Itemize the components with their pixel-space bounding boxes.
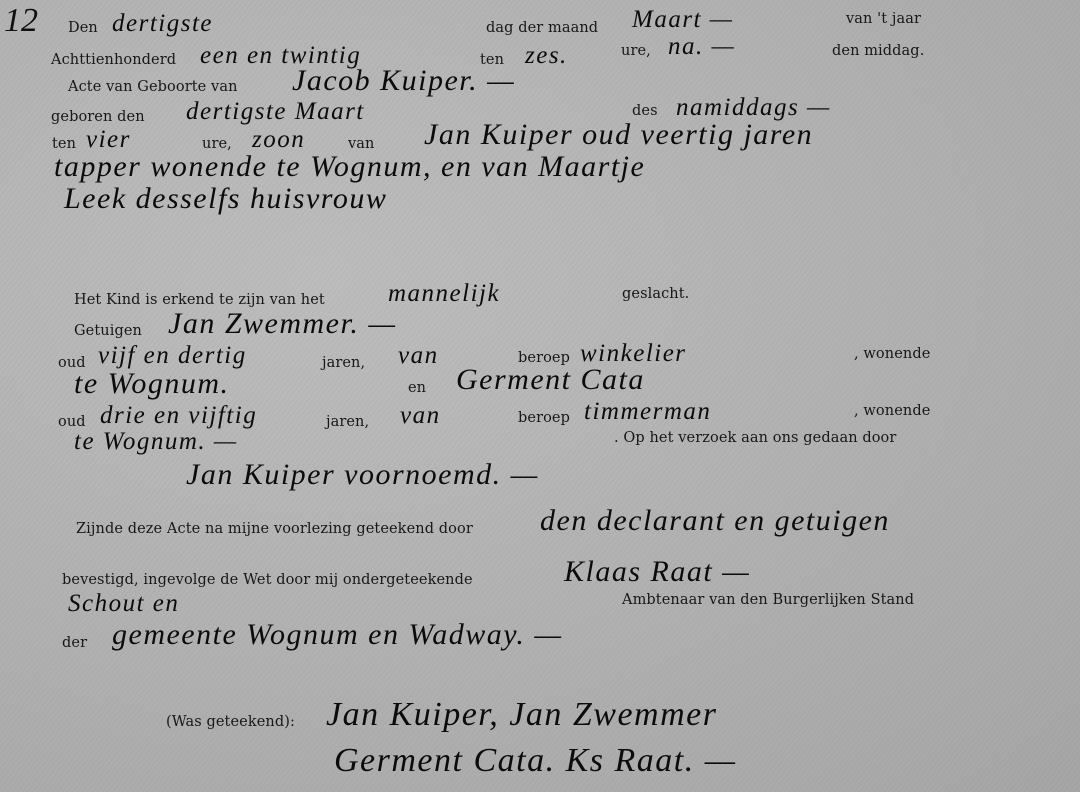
label-ure: ure, bbox=[621, 43, 651, 59]
hw-witness2-name: Germent Cata bbox=[456, 363, 645, 397]
hw-witness1-age: vijf en dertig bbox=[98, 342, 247, 370]
label-acte-van-geboorte: Acte van Geboorte van bbox=[68, 79, 238, 95]
hw-signatures-line1: Jan Kuiper, Jan Zwemmer bbox=[326, 696, 717, 734]
hw-birth-date: dertigste Maart bbox=[186, 98, 365, 126]
hw-witness2-occupation: timmerman bbox=[584, 398, 711, 426]
label-jaren-1: jaren, bbox=[322, 355, 365, 371]
label-van-t-jaar: van 't jaar bbox=[846, 11, 921, 27]
hw-witness2-van: van bbox=[400, 402, 441, 430]
label-ambtenaar: Ambtenaar van den Burgerlijken Stand bbox=[622, 592, 914, 608]
record-number: 12 bbox=[4, 2, 38, 40]
hw-mother-line: Leek desselfs huisvrouw bbox=[64, 182, 387, 216]
label-den-middag: den middag. bbox=[832, 43, 924, 59]
hw-sex: mannelijk bbox=[388, 280, 500, 308]
label-geboren-den: geboren den bbox=[51, 109, 145, 125]
label-getuigen: Getuigen bbox=[74, 323, 142, 339]
hw-witness1-name: Jan Zwemmer. — bbox=[168, 307, 397, 341]
label-des: des bbox=[632, 103, 658, 119]
hw-municipality: gemeente Wognum en Wadway. — bbox=[112, 618, 563, 652]
hw-month: Maart — bbox=[632, 6, 733, 34]
hw-official-title: Schout en bbox=[68, 590, 179, 618]
hw-witness1-van: van bbox=[398, 342, 439, 370]
label-dag-der-maand: dag der maand bbox=[486, 20, 598, 36]
hw-child-name: Jacob Kuiper. — bbox=[292, 64, 515, 98]
label-beroep-2: beroep bbox=[518, 410, 570, 426]
hw-time-of-day: na. — bbox=[668, 33, 735, 61]
label-der: der bbox=[62, 635, 87, 651]
label-jaren-2: jaren, bbox=[326, 414, 369, 430]
hw-hour: zes. bbox=[525, 42, 568, 70]
hw-father-line: Jan Kuiper oud veertig jaren bbox=[424, 118, 813, 152]
label-zijnde: Zijnde deze Acte na mijne voorlezing get… bbox=[76, 521, 473, 537]
hw-father-occupation-line: tapper wonende te Wognum, en van Maartje bbox=[54, 150, 645, 184]
label-wonende-1: , wonende bbox=[854, 346, 930, 362]
hw-signatures-line2: Germent Cata. Ks Raat. — bbox=[334, 742, 736, 780]
hw-witness2-residence: te Wognum. — bbox=[74, 428, 238, 456]
hw-witness2-age: drie en vijftig bbox=[100, 402, 257, 430]
label-en: en bbox=[408, 380, 426, 396]
label-op-het-verzoek: . Op het verzoek aan ons gedaan door bbox=[614, 430, 896, 446]
label-kind-erkend: Het Kind is erkend te zijn van het bbox=[74, 292, 325, 308]
hw-official-name: Klaas Raat — bbox=[564, 555, 750, 589]
label-was-geteekend: (Was geteekend): bbox=[166, 714, 295, 730]
label-den: Den bbox=[68, 20, 98, 36]
birth-record-scan: 12 Den dertigste dag der maand Maart — v… bbox=[0, 0, 1080, 792]
label-geslacht: geslacht. bbox=[622, 286, 689, 302]
hw-day: dertigste bbox=[112, 10, 213, 38]
hw-witness1-residence: te Wognum. bbox=[74, 367, 230, 401]
label-bevestigd: bevestigd, ingevolge de Wet door mij ond… bbox=[62, 572, 473, 588]
hw-signed-by: den declarant en getuigen bbox=[540, 504, 890, 538]
label-achttienhonderd: Achttienhonderd bbox=[51, 52, 176, 68]
hw-declarant: Jan Kuiper voornoemd. — bbox=[186, 458, 539, 492]
label-wonende-2: , wonende bbox=[854, 403, 930, 419]
